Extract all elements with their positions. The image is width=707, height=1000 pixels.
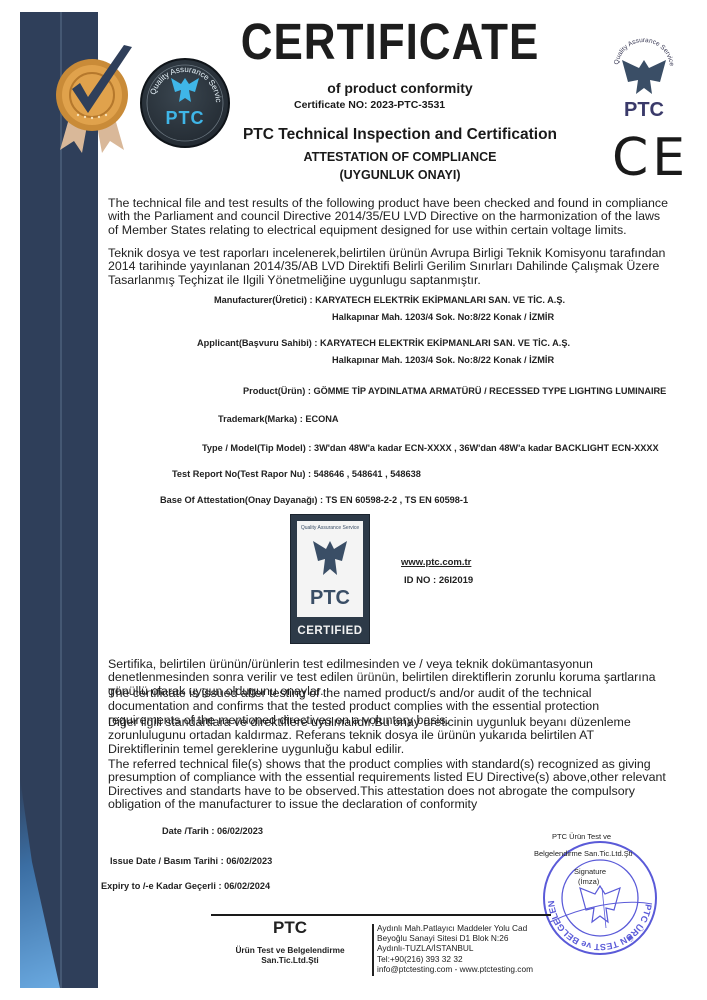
test-report-value: 548646 , 548641 , 548638 [314, 469, 421, 479]
applicant-address: Halkapınar Mah. 1203/4 Sok. No:8/22 Kona… [332, 355, 554, 365]
band-stripe [60, 12, 62, 988]
footer-address-line: Aydınlı-TUZLA/İSTANBUL [377, 943, 533, 953]
certificate-number: Certificate NO: 2023-PTC-3531 [294, 99, 445, 111]
footer-company-suffix: San.Tic.Ltd.Şti [225, 955, 355, 965]
gold-medal-check-icon [48, 45, 136, 155]
issue-date-row: Issue Date / Basım Tarihi : 06/02/2023 [110, 856, 272, 866]
manufacturer-label: Manufacturer(Üretici) : [214, 295, 313, 305]
footer-vertical-divider [372, 924, 374, 976]
svg-text:PTC: PTC [624, 99, 664, 121]
organization-name: PTC Technical Inspection and Certificati… [200, 126, 600, 144]
applicant-field: Applicant(Başvuru Sahibi) : KARYATECH EL… [197, 338, 570, 348]
website-link[interactable]: www.ptc.com.tr [401, 557, 471, 568]
date-value: 06/02/2023 [217, 826, 263, 836]
body-paragraph-en-2: The referred technical file(s) shows tha… [108, 758, 668, 812]
id-number: ID NO : 26I2019 [404, 575, 473, 586]
intro-paragraph-tr: Teknik dosya ve test raporları incelener… [108, 247, 668, 287]
expiry-date-row: Expiry to /-e Kadar Geçerli : 06/02/2024 [101, 881, 270, 891]
signature-line-2: Belgelendirme San.Tic.Ltd.Şti [534, 849, 633, 858]
signature-line-1: PTC Ürün Test ve [552, 832, 611, 841]
footer-company-name: Ürün Test ve Belgelendirme [225, 945, 355, 955]
type-model-value: 3W'dan 48W'a kadar ECN-XXXX , 36W'dan 48… [314, 443, 659, 453]
test-report-label: Test Report No(Test Rapor Nu) : [172, 469, 311, 479]
manufacturer-field: Manufacturer(Üretici) : KARYATECH ELEKTR… [214, 295, 565, 305]
certificate-title: CERTIFICATE [240, 14, 540, 72]
issue-date-value: 06/02/2023 [226, 856, 272, 866]
base-attestation-value: TS EN 60598-2-2 , TS EN 60598-1 [326, 495, 468, 505]
expiry-date-value: 06/02/2024 [224, 881, 270, 891]
intro-paragraph-en: The technical file and test results of t… [108, 197, 668, 237]
applicant-value: KARYATECH ELEKTRİK EKİPMANLARI SAN. VE T… [320, 338, 570, 348]
ce-mark: CE [612, 128, 689, 188]
base-attestation-field: Base Of Attestation(Onay Dayanağı) : TS … [160, 495, 468, 505]
decorative-side-band [20, 12, 98, 988]
footer-address: Aydınlı Mah.Patlayıcı Maddeler Yolu Cad … [377, 923, 533, 974]
date-row: Date /Tarih : 06/02/2023 [162, 826, 263, 836]
footer-contact-links[interactable]: info@ptctesting.com - www.ptctesting.com [377, 964, 533, 974]
band-accent [20, 778, 60, 988]
ptc-eagle-logo: Quality Assurance Service PTC [608, 36, 680, 126]
expiry-date-label: Expiry to /-e Kadar Geçerli : [101, 881, 222, 891]
manufacturer-address: Halkapınar Mah. 1203/4 Sok. No:8/22 Kona… [332, 312, 554, 322]
badge-panel: Quality Assurance Service PTC [297, 521, 363, 617]
product-label: Product(Ürün) : [243, 386, 311, 396]
signature-label: Signature [574, 867, 606, 876]
trademark-field: Trademark(Marka) : ECONA [218, 414, 339, 424]
test-report-field: Test Report No(Test Rapor Nu) : 548646 ,… [172, 469, 421, 479]
type-model-label: Type / Model(Tip Model) : [202, 443, 311, 453]
trademark-label: Trademark(Marka) : [218, 414, 303, 424]
trademark-value: ECONA [305, 414, 338, 424]
footer-phone: Tel:+90(216) 393 32 32 [377, 954, 533, 964]
badge-certified-label: CERTIFIED [291, 625, 369, 637]
issue-date-label: Issue Date / Basım Tarihi : [110, 856, 224, 866]
footer-brand: PTC [235, 918, 345, 938]
product-value: GÖMME TİP AYDINLATMA ARMATÜRÜ / RECESSED… [313, 386, 666, 396]
badge-brand: PTC [297, 587, 363, 610]
certificate-subtitle: of product conformity [300, 80, 500, 96]
badge-arc-text: Quality Assurance Service [297, 525, 363, 531]
footer-address-line: Beyoğlu Sanayi Sitesi D1 Blok N:26 [377, 933, 533, 943]
eagle-icon [167, 74, 203, 108]
applicant-label: Applicant(Başvuru Sahibi) : [197, 338, 317, 348]
signature-label-tr: (İmza) [578, 877, 599, 886]
footer-divider [211, 914, 551, 916]
attestation-heading: ATTESTATION OF COMPLIANCE [200, 150, 600, 164]
date-label: Date /Tarih : [162, 826, 214, 836]
base-attestation-label: Base Of Attestation(Onay Dayanağı) : [160, 495, 323, 505]
ptc-certified-badge: Quality Assurance Service PTC CERTIFIED [290, 514, 370, 644]
footer-address-line: Aydınlı Mah.Patlayıcı Maddeler Yolu Cad [377, 923, 533, 933]
eagle-icon [311, 537, 349, 581]
attestation-heading-tr: (UYGUNLUK ONAYI) [200, 168, 600, 182]
product-field: Product(Ürün) : GÖMME TİP AYDINLATMA ARM… [243, 386, 666, 396]
body-paragraph-tr-2: Diğer ilgili standartlara ve direktifler… [108, 716, 668, 756]
manufacturer-value: KARYATECH ELEKTRİK EKİPMANLARI SAN. VE T… [315, 295, 565, 305]
type-model-field: Type / Model(Tip Model) : 3W'dan 48W'a k… [202, 443, 659, 453]
